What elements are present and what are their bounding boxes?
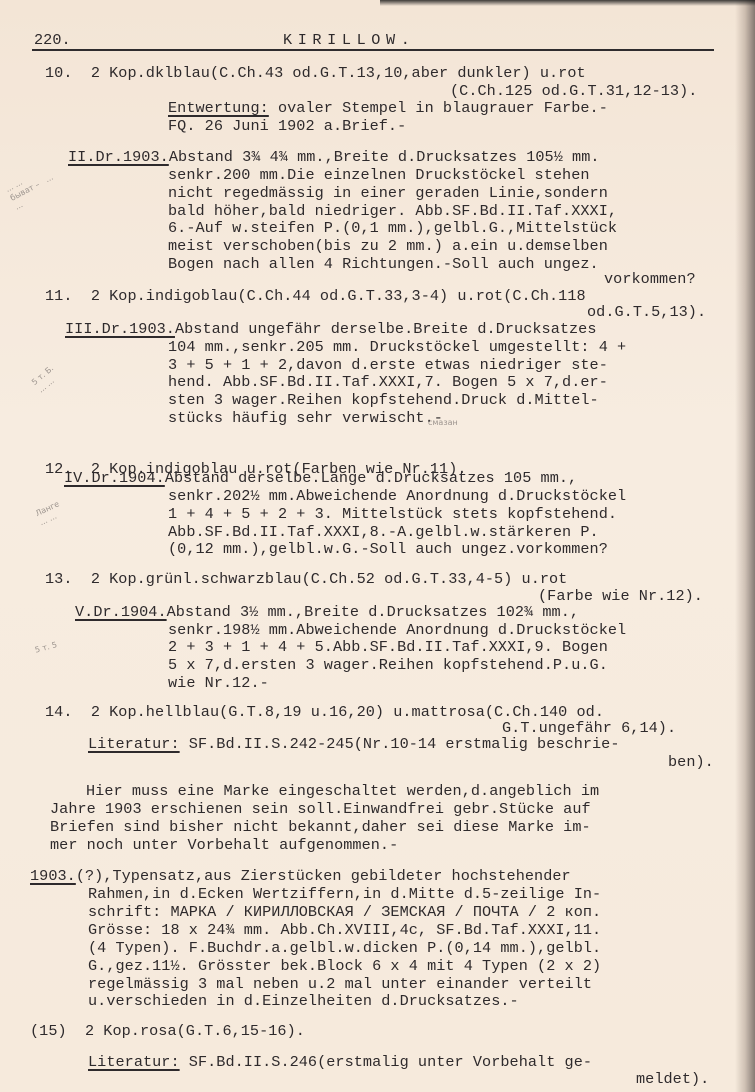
entry-10-line-1: 10. 2 Kop.dklblau(C.Ch.43 od.G.T.13,10,a… [45, 64, 586, 82]
entry-1903-label: 1903. [30, 867, 76, 885]
printing-2-line-8: vorkommen? [604, 270, 696, 288]
entry-1903-line-4: Grösse: 18 x 24¾ mm. Abb.Ch.XVIII,4c, SF… [88, 921, 601, 939]
printing-2-line-1: II.Dr.1903.Abstand 3¾ 4¾ mm.,Breite d.Dr… [68, 148, 600, 166]
entry-1903-line-6: G.,gez.11½. Grösster bek.Block 6 x 4 mit… [88, 957, 601, 975]
entry-15-literature: Literatur: SF.Bd.II.S.246(erstmalig unte… [88, 1053, 592, 1071]
printing-4-line-2: senkr.202½ mm.Abweichende Anordnung d.Dr… [168, 487, 626, 505]
entwertung-label: Entwertung: [168, 99, 269, 117]
margin-note-5: 5 т. 5 [34, 640, 58, 655]
printing-2-line-4: bald höher,bald niedriger. Abb.SF.Bd.II.… [168, 202, 617, 220]
printing-4-label: IV.Dr.1904. [64, 469, 165, 487]
entry-10-cancellation: Entwertung: ovaler Stempel in blaugrauer… [168, 99, 608, 117]
note-line-3: Briefen sind bisher nicht bekannt,daher … [50, 818, 591, 836]
entry-1903-line-8: u.verschieden in d.Einzelheiten d.Drucks… [88, 992, 519, 1010]
entry-15-line-3: meldet). [636, 1070, 709, 1088]
margin-note-1: ... ... быват – ... ... [4, 164, 60, 213]
entry-1903-line-1: 1903.(?),Typensatz,aus Zierstücken gebil… [30, 867, 571, 885]
printing-5-line-2: senkr.198½ mm.Abweichende Anordnung d.Dr… [168, 621, 626, 639]
entry-1903-line-2: Rahmen,in d.Ecken Wertziffern,in d.Mitte… [88, 885, 601, 903]
entry-1903-line-7: regelmässig 3 mal neben u.2 mal unter ei… [88, 975, 592, 993]
entry-10-line-4: FQ. 26 Juni 1902 a.Brief.- [168, 117, 406, 135]
printing-3-label: III.Dr.1903. [65, 320, 175, 338]
entry-14-literature: Literatur: SF.Bd.II.S.242-245(Nr.10-14 e… [88, 735, 620, 753]
printing-3-line-1: III.Dr.1903.Abstand ungefähr derselbe.Br… [65, 320, 597, 338]
note-line-4: mer noch unter Vorbehalt aufgenommen.- [50, 836, 398, 854]
page-title: KIRILLOW. [283, 31, 415, 49]
scan-edge-shadow [380, 0, 755, 6]
printing-5-line-1: V.Dr.1904.Abstand 3½ mm.,Breite d.Drucks… [75, 603, 579, 621]
printing-3-line-4: hend. Abb.SF.Bd.II.Taf.XXXI,7. Bogen 5 x… [168, 373, 608, 391]
printing-5-line-4: 5 x 7,d.ersten 3 wager.Reihen kopfstehen… [168, 656, 608, 674]
literatur-label-15: Literatur: [88, 1053, 180, 1071]
document-page: 220. KIRILLOW. 10. 2 Kop.dklblau(C.Ch.43… [0, 0, 755, 1092]
printing-2-label: II.Dr.1903. [68, 148, 169, 166]
entry-1903-line-3: schrift: МАРКА / КИРИЛЛОВСКАЯ / ЗЕМСКАЯ … [88, 903, 601, 921]
printing-4-line-5: (0,12 mm.),gelbl.w.G.-Soll auch ungez.vo… [168, 540, 608, 558]
printing-4-line-3: 1 + 4 + 5 + 2 + 3. Mittelstück stets kop… [168, 505, 617, 523]
printing-5-label: V.Dr.1904. [75, 603, 167, 621]
literatur-label: Literatur: [88, 735, 180, 753]
note-line-2: Jahre 1903 erschienen sein soll.Einwandf… [50, 800, 591, 818]
printing-5-line-3: 2 + 3 + 1 + 4 + 5.Abb.SF.Bd.II.Taf.XXXI,… [168, 638, 608, 656]
printing-5-line-5: wie Nr.12.- [168, 674, 269, 692]
entry-13-line-1: 13. 2 Kop.grünl.schwarzblau(C.Ch.52 od.G… [45, 570, 567, 588]
entry-10-line-2: (C.Ch.125 od.G.T.31,12-13). [450, 82, 697, 100]
entry-1903-line-5: (4 Typen). F.Buchdr.a.gelbl.w.dicken P.(… [88, 939, 601, 957]
margin-note-4: Ланге ... ... [34, 499, 65, 528]
printing-2-line-6: meist verschoben(bis zu 2 mm.) a.ein u.d… [168, 237, 608, 255]
entry-11-line-1: 11. 2 Kop.indigoblau(C.Ch.44 od.G.T.33,3… [45, 287, 586, 305]
printing-2-line-5: 6.-Auf w.steifen P.(0,1 mm.),gelbl.G.,Mi… [168, 219, 617, 237]
printing-2-line-7: Bogen nach allen 4 Richtungen.-Soll auch… [168, 255, 599, 273]
printing-3-line-5: sten 3 wager.Reihen kopfstehend.Druck d.… [168, 391, 599, 409]
printing-2-line-2: senkr.200 mm.Die einzelnen Druckstöckel … [168, 166, 590, 184]
printing-4-line-4: Abb.SF.Bd.II.Taf.XXXI,8.-A.gelbl.w.stärk… [168, 523, 599, 541]
printing-2-line-3: nicht regedmässig in einer geraden Linie… [168, 184, 608, 202]
page-number: 220. [34, 31, 71, 49]
margin-note-3: смазан [428, 418, 458, 428]
printing-3-line-6: stücks häufig sehr verwischt.- [168, 409, 443, 427]
printing-3-line-2: 104 mm.,senkr.205 mm. Druckstöckel umges… [168, 338, 626, 356]
header-rule [32, 49, 714, 51]
note-line-1: Hier muss eine Marke eingeschaltet werde… [86, 782, 599, 800]
margin-note-2: 5 т. Б. ... ... [30, 364, 62, 396]
printing-4-line-1: IV.Dr.1904.Abstand derselbe.Länge d.Druc… [64, 469, 577, 487]
entry-14-line-4: ben). [668, 753, 714, 771]
printing-3-line-3: 3 + 5 + 1 + 2,davon d.erste etwas niedri… [168, 356, 608, 374]
entry-15-line-1: (15) 2 Kop.rosa(G.T.6,15-16). [30, 1022, 305, 1040]
entwertung-text: ovaler Stempel in blaugrauer Farbe.- [269, 99, 608, 117]
entry-11-line-2: od.G.T.5,13). [587, 303, 706, 321]
